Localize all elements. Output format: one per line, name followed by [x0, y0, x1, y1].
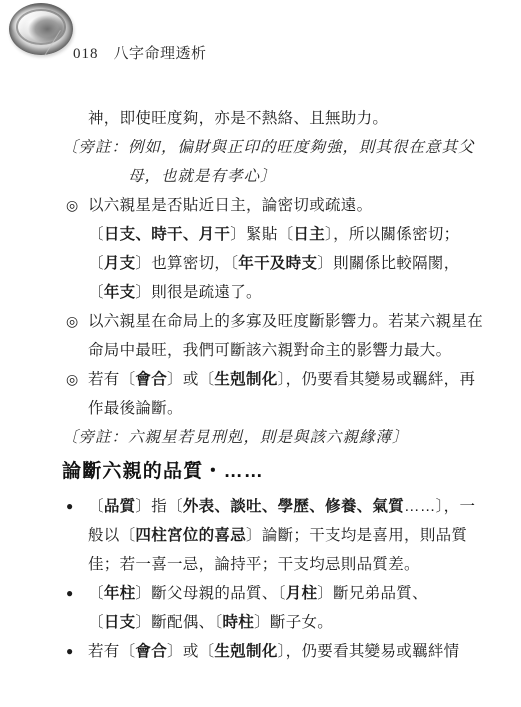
book-title: 八字命理透析: [114, 45, 207, 62]
sidenote-line: 母，也就是有孝心〕: [62, 162, 502, 191]
text-segment: 〔旁註：例如，偏財與正印的旺度夠強，則其很在意其父: [62, 139, 475, 156]
text-segment: 〕則很是疏遠了。: [135, 284, 261, 301]
sidenote-line: 〔旁註：例如，偏財與正印的旺度夠強，則其很在意其父: [62, 133, 502, 162]
emphasis-segment: 四柱宮位的喜忌: [135, 527, 246, 544]
text-segment: 〕斷父母親的品質、〔: [135, 585, 285, 602]
text-line: 〔月支〕也算密切，〔年干及時支〕則關係比較隔閡，: [62, 249, 502, 278]
emphasis-segment: 生剋制化: [214, 643, 277, 660]
text-segment: 以六親星在命局上的多寡及旺度斷影響力。若某六親星在: [88, 313, 483, 330]
dot-bullet-icon: ●: [66, 637, 74, 666]
text-segment: 命局中最旺，我們可斷該六親對命主的影響力最大。: [88, 342, 451, 359]
book-page: 018八字命理透析 神，即使旺度夠，亦是不熱絡、且無助力。〔旁註：例如，偏財與正…: [0, 0, 521, 707]
emphasis-segment: 外表、談吐、學歷、修養、氣質: [183, 498, 404, 515]
emphasis-segment: 時柱: [222, 614, 254, 631]
emphasis-segment: 生剋制化: [214, 371, 277, 388]
emphasis-segment: 論斷六親的品質・……: [62, 461, 264, 482]
bullet-line: ◎以六親星是否貼近日主，論密切或疏遠。: [62, 191, 502, 220]
bullet-line: ●〔年柱〕斷父母親的品質、〔月柱〕斷兄弟品質、: [62, 579, 502, 608]
bullet-line: ◎若有〔會合〕或〔生剋制化〕，仍要看其變易或羈絆，再: [62, 365, 502, 394]
text-segment: 以六親星是否貼近日主，論密切或疏遠。: [88, 197, 372, 214]
text-line: 命局中最旺，我們可斷該六親對命主的影響力最大。: [62, 336, 502, 365]
bullet-line: ●若有〔會合〕或〔生剋制化〕，仍要看其變易或羈絆情: [62, 637, 502, 666]
text-segment: 母，也就是有孝心〕: [128, 168, 277, 185]
bullet-line: ●〔品質〕指〔外表、談吐、學歷、修養、氣質……〕，一: [62, 492, 502, 521]
text-segment: 若有〔: [88, 643, 135, 660]
section-heading: 論斷六親的品質・……: [62, 452, 502, 492]
text-segment: 〔: [88, 284, 104, 301]
ring-bullet-icon: ◎: [66, 365, 79, 394]
emphasis-segment: 日主: [293, 226, 325, 243]
text-segment: 若有〔: [88, 371, 135, 388]
text-segment: 作最後論斷。: [88, 400, 183, 417]
bullet-line: ◎以六親星在命局上的多寡及旺度斷影響力。若某六親星在: [62, 307, 502, 336]
page-number: 018: [73, 46, 99, 62]
emphasis-segment: 月支: [104, 255, 136, 272]
text-segment: 〕斷配偶、〔: [135, 614, 222, 631]
emphasis-segment: 日支: [104, 614, 136, 631]
emphasis-segment: 會合: [135, 643, 167, 660]
text-segment: 〕則關係比較隔閡，: [317, 255, 459, 272]
text-line: 〔日支、時干、月干〕緊貼〔日主〕，所以關係密切；: [62, 220, 502, 249]
text-segment: 〔: [88, 255, 104, 272]
emphasis-segment: 年柱: [104, 585, 136, 602]
publisher-seal-icon: [9, 3, 73, 55]
text-segment: 〕也算密切，〔: [135, 255, 238, 272]
text-segment: 〕或〔: [167, 371, 214, 388]
ring-bullet-icon: ◎: [66, 191, 79, 220]
text-segment: 〕論斷；干支均是喜用，則品質: [246, 527, 467, 544]
text-segment: 神，即使旺度夠，亦是不熱絡、且無助力。: [88, 110, 388, 127]
text-segment: ……〕，一: [404, 498, 475, 515]
text-segment: 〕，仍要看其變易或羈絆，再: [278, 371, 476, 388]
text-segment: 〕，所以關係密切；: [325, 226, 459, 243]
page-body: 神，即使旺度夠，亦是不熱絡、且無助力。〔旁註：例如，偏財與正印的旺度夠強，則其很…: [62, 104, 502, 666]
dot-bullet-icon: ●: [66, 579, 74, 608]
text-segment: 佳；若一喜一忌，論持平；干支均忌則品質差。: [88, 556, 420, 573]
text-segment: 〕指〔: [135, 498, 182, 515]
text-line: 〔年支〕則很是疏遠了。: [62, 278, 502, 307]
ring-bullet-icon: ◎: [66, 307, 79, 336]
text-segment: 〕緊貼〔: [230, 226, 293, 243]
text-segment: 〔: [88, 226, 104, 243]
text-line: 神，即使旺度夠，亦是不熱絡、且無助力。: [62, 104, 502, 133]
running-header: 018八字命理透析: [73, 42, 207, 63]
emphasis-segment: 品質: [104, 498, 136, 515]
dot-bullet-icon: ●: [66, 492, 74, 521]
text-segment: 〔: [88, 498, 104, 515]
text-segment: 〔: [88, 614, 104, 631]
emphasis-segment: 月柱: [286, 585, 318, 602]
sidenote-line: 〔旁註：六親星若見刑剋，則是與該六親緣薄〕: [62, 423, 502, 452]
emphasis-segment: 日支、時干、月干: [104, 226, 230, 243]
emphasis-segment: 年支: [104, 284, 136, 301]
emphasis-segment: 會合: [135, 371, 167, 388]
text-segment: 〕或〔: [167, 643, 214, 660]
text-segment: 〕，仍要看其變易或羈絆情: [278, 643, 460, 660]
text-line: 〔日支〕斷配偶、〔時柱〕斷子女。: [62, 608, 502, 637]
text-line: 作最後論斷。: [62, 394, 502, 423]
text-segment: 〕斷兄弟品質、: [317, 585, 428, 602]
emphasis-segment: 年干及時支: [238, 255, 317, 272]
text-line: 般以〔四柱宮位的喜忌〕論斷；干支均是喜用，則品質: [62, 521, 502, 550]
text-segment: 〕斷子女。: [254, 614, 333, 631]
text-segment: 般以〔: [88, 527, 135, 544]
text-line: 佳；若一喜一忌，論持平；干支均忌則品質差。: [62, 550, 502, 579]
text-segment: 〔旁註：六親星若見刑剋，則是與該六親緣薄〕: [62, 429, 409, 446]
text-segment: 〔: [88, 585, 104, 602]
